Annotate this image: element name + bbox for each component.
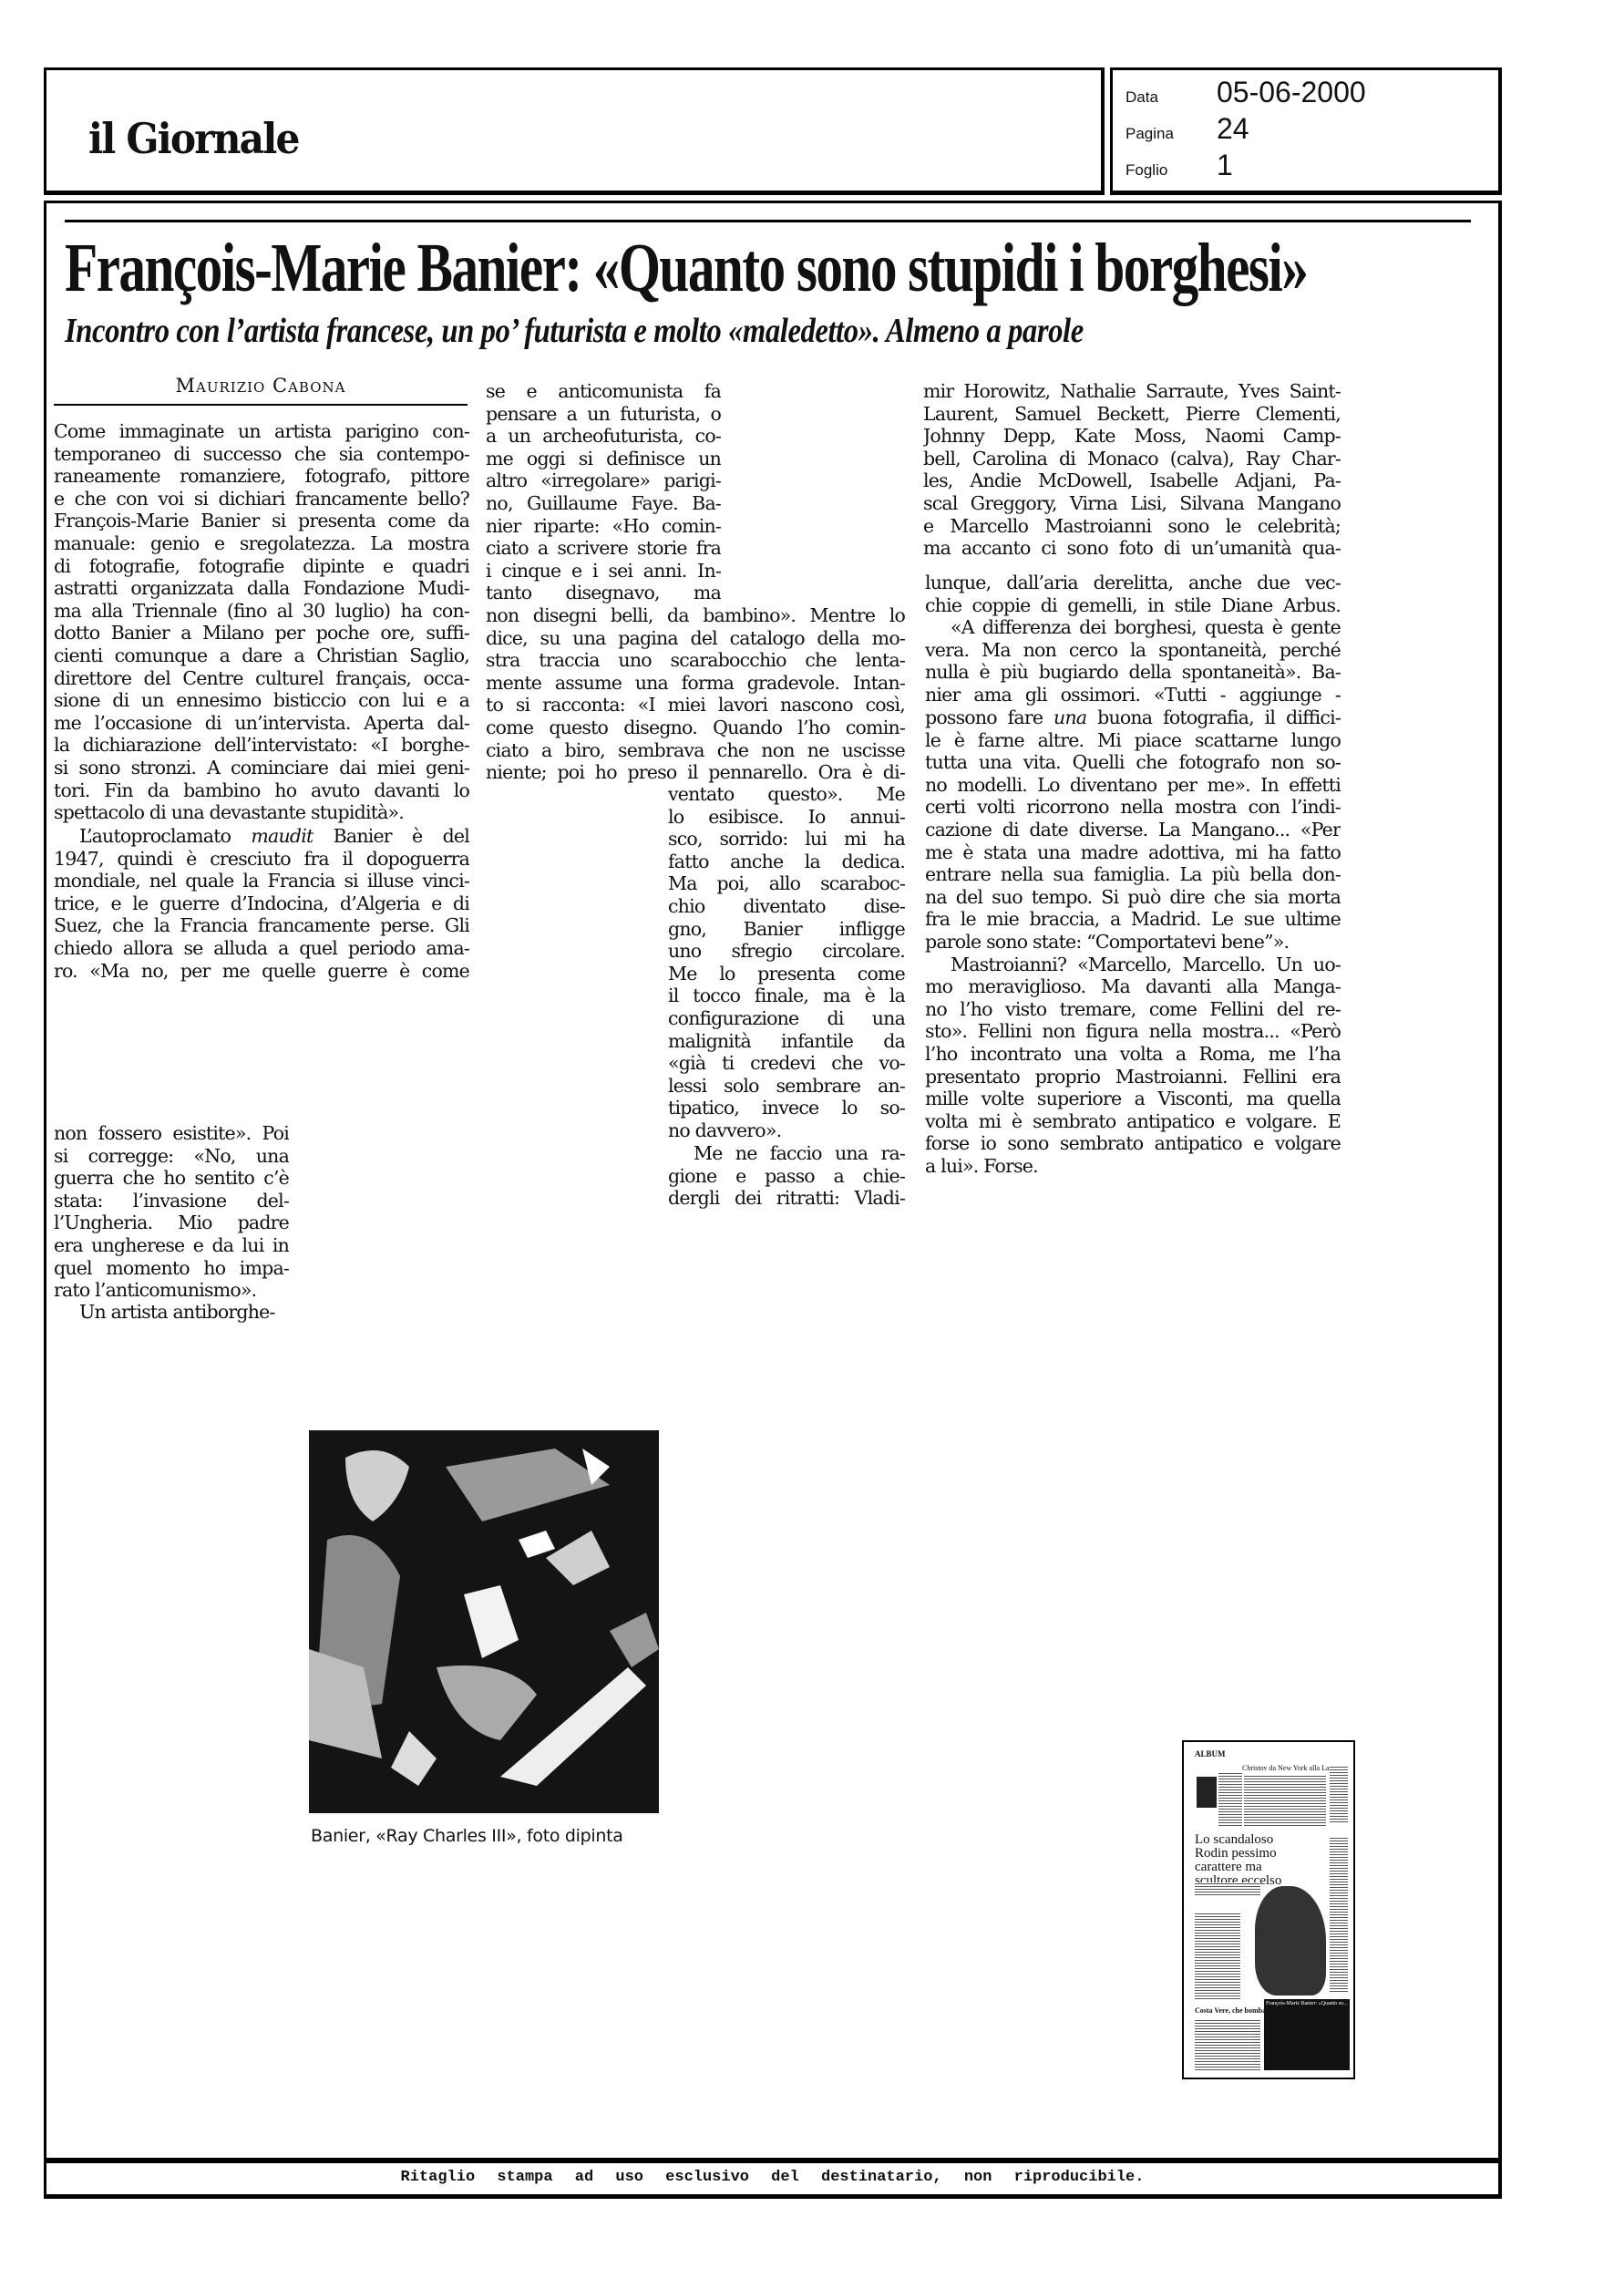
thumbnail-text-block [1195, 1882, 1260, 1895]
text-line: ventato questo». Me [668, 783, 905, 806]
text-line: vera. Ma non cerco la spontaneità, perch… [925, 639, 1341, 662]
text-line: ma alla Triennale (fino al 30 luglio) ha… [54, 600, 469, 623]
text-line: a un archeofuturista, co- [486, 425, 721, 448]
thumbnail-headline-top: Christov da New York alla Laguna [1242, 1764, 1343, 1772]
text-line: si corregge: «No, una [54, 1145, 289, 1168]
text-line: lo esibisce. Io annui- [668, 806, 905, 829]
column-3-top: mir Horowitz, Nathalie Sarraute, Yves Sa… [923, 380, 1341, 560]
text-line: tutta una vita. Quelli che fotografo non… [925, 751, 1341, 774]
text-line: chie coppie di gemelli, in stile Diane A… [925, 594, 1341, 617]
headline: François-Marie Banier: «Quanto sono stup… [65, 227, 1174, 309]
text-line: lessi solo sembrare an- [668, 1075, 905, 1098]
text-line: non fossero esistite». Poi [54, 1122, 289, 1145]
page-thumbnail: ALBUM Christov da New York alla Laguna L… [1182, 1740, 1355, 2079]
byline-box: Maurizio Cabona [54, 375, 468, 406]
text-line: Johnny Depp, Kate Moss, Naomi Camp- [923, 425, 1341, 448]
text-line: come questo disegno. Quando l’ho comin- [486, 717, 905, 739]
text-line: e che con voi si dichiari francamente be… [54, 488, 469, 510]
text-line: niente; poi ho preso il pennarello. Ora … [486, 761, 905, 784]
text-line: il tocco finale, ma è la [668, 985, 905, 1007]
text-line: guerra che ho sentito c’è [54, 1167, 289, 1190]
text-line: quel momento ho impa- [54, 1257, 289, 1280]
text-line: uno sfregio circolare. [668, 940, 905, 963]
text-line: gno, Banier infligge [668, 918, 905, 941]
text-line: dergli dei ritratti: Vladi- [668, 1187, 905, 1210]
text-line: mente assume una forma gradevole. Intan- [486, 672, 905, 695]
text-line: chio diventato dise- [668, 895, 905, 918]
text-line: no davvero». [668, 1119, 905, 1142]
text-line: mondiale, nel quale la Francia si illuse… [54, 870, 469, 892]
thumbnail-text-block [1330, 1837, 1348, 1992]
text-line: François-Marie Banier si presenta come d… [54, 510, 469, 532]
text-line: l’ho incontrato una volta a Roma, me l’h… [925, 1043, 1341, 1066]
column-1-para2: L’autoproclamato maudit Banier è del 194… [54, 825, 469, 982]
column-2-narrow: se e anticomunista fapensare a un futuri… [486, 380, 721, 604]
text-line: temporaneo di successo che sia contempo- [54, 443, 469, 466]
thumbnail-text-block [1218, 1771, 1242, 1826]
text-line: certi volti ricorrono nella mostra con l… [925, 796, 1341, 819]
footer: Ritaglio stampa ad uso esclusivo del des… [44, 2160, 1502, 2199]
text-line: si sono stronzi. A cominciare dai miei g… [54, 757, 469, 779]
thumbnail-article-strip: François-Marie Banier: «Quanto so... [1264, 1999, 1350, 2070]
text-line: ciato a biro, sembrava che non ne usciss… [486, 739, 905, 762]
text-line: di fotografie, fotografie dipinte e quad… [54, 555, 469, 578]
masthead: il Giornale [88, 114, 299, 163]
text-line: to si racconta: «I miei lavori nascono c… [486, 694, 905, 717]
text-line: dotto Banier a Milano per poche ore, suf… [54, 622, 469, 645]
top-rule [65, 220, 1471, 222]
thumbnail-headline-main: Lo scandaloso Rodin pessimo carattere ma… [1195, 1833, 1297, 1888]
text-line: la dichiarazione dell’intervistato: «I b… [54, 734, 469, 757]
footer-notice: Ritaglio stampa ad uso esclusivo del des… [401, 2169, 1145, 2186]
text-line: gione e passo a chie- [668, 1165, 905, 1188]
text-line: dice, su una pagina del catalogo della m… [486, 627, 905, 650]
text-line: no l’ho visto tremare, come Fellini del … [925, 998, 1341, 1021]
meta-box: Data 05-06-2000 Pagina 24 Foglio 1 [1110, 67, 1502, 195]
column-3-italic-line: possono fare una buona fotografia, il di… [925, 706, 1341, 1177]
photo-image [309, 1430, 659, 1813]
thumbnail-headline-bottom: Costa Vere, che bomba [1195, 2006, 1266, 2015]
text-line: era ungherese e da lui in [54, 1234, 289, 1257]
text-line: manuale: genio e sregolatezza. La mostra [54, 532, 469, 555]
text-line: L’autoproclamato maudit Banier è del [54, 825, 469, 848]
sheet-value: 1 [1217, 149, 1233, 182]
text-line: me oggi si definisce un [486, 448, 721, 470]
text-line: presentato proprio Mastroianni. Fellini … [925, 1066, 1341, 1088]
column-2-para: Me ne faccio una ra-gione e passo a chie… [668, 1142, 905, 1210]
text-line: me è stata una madre adottiva, mi ha fat… [925, 841, 1341, 864]
page-value: 24 [1217, 112, 1249, 146]
text-line: Mastroianni? «Marcello, Marcello. Un uo- [925, 954, 1341, 976]
text-line: Laurent, Samuel Beckett, Pierre Clementi… [923, 403, 1341, 426]
text-line: sione di un ennesimo bisticcio con lui e… [54, 689, 469, 712]
text-line: fatto anche la dedica. [668, 851, 905, 873]
text-line: direttore del Centre culturel français, … [54, 667, 469, 690]
column-1: Come immaginate un artista parigino con-… [54, 420, 469, 824]
thumbnail-text-block [1195, 1912, 1240, 1999]
column-2-wide: non disegni belli, da bambino». Mentre l… [486, 604, 905, 784]
text-line: stata: l’invasione del- [54, 1190, 289, 1212]
text-line: entrare nella sua famiglia. La più bella… [925, 863, 1341, 886]
text-line: spettacolo di una devastante stupidità». [54, 801, 469, 824]
thumbnail-text-block [1195, 2019, 1260, 2070]
text-line: Me lo presenta come [668, 963, 905, 985]
text-line: Ma poi, allo scaraboc- [668, 872, 905, 895]
text-line: les, Andie McDowell, Isabelle Adjani, Pa… [923, 469, 1341, 492]
page-label: Pagina [1125, 125, 1217, 143]
text-line: tanto disegnavo, ma [486, 582, 721, 604]
text-line: tipatico, invece lo so- [668, 1097, 905, 1119]
thumbnail-text-block [1330, 1766, 1348, 1822]
article-frame: François-Marie Banier: «Quanto sono stup… [44, 201, 1502, 2160]
text-line: nulla è più bugiardo della spontaneità».… [925, 661, 1341, 684]
date-value: 05-06-2000 [1217, 76, 1366, 109]
text-line: mille volte superiore a Visconti, ma que… [925, 1088, 1341, 1110]
text-line: non disegni belli, da bambino». Mentre l… [486, 604, 905, 627]
text-line: nier ama gli ossimori. «Tutti - aggiunge… [925, 684, 1341, 706]
sheet-label: Foglio [1125, 161, 1217, 180]
text-line: altro «irregolare» parigi- [486, 469, 721, 492]
text-line: Come immaginate un artista parigino con- [54, 420, 469, 443]
subhead: Incontro con l’artista francese, un po’ … [65, 311, 1084, 351]
byline: Maurizio Cabona [176, 375, 346, 397]
text-line: astratti organizzata dalla Fondazione Mu… [54, 577, 469, 600]
text-line: trice, e le guerre d’Indocina, d’Algeria… [54, 892, 469, 915]
text-line: volta mi è sembrato antipatico e volgare… [925, 1110, 1341, 1133]
text-line: pensare a un futurista, o [486, 403, 721, 426]
text-line: me l’occasione di un’intervista. Aperta … [54, 712, 469, 735]
text-line: scal Greggory, Virna Lisi, Silvana Manga… [923, 492, 1341, 515]
artwork-photo [309, 1430, 659, 1813]
thumbnail-text-block [1244, 1775, 1326, 1826]
text-line: i cinque e i sei anni. In- [486, 560, 721, 583]
text-line: mir Horowitz, Nathalie Sarraute, Yves Sa… [923, 380, 1341, 403]
text-line: ma accanto ci sono foto di un’umanità qu… [923, 537, 1341, 560]
text-line: forse io sono sembrato antipatico e volg… [925, 1132, 1341, 1155]
text-line: malignità infantile da [668, 1030, 905, 1053]
text-line: l’Ungheria. Mio padre [54, 1212, 289, 1234]
text-line: mo meraviglioso. Ma davanti alla Manga- [925, 975, 1341, 998]
thumbnail-photo-small [1197, 1777, 1217, 1808]
text-line: se e anticomunista fa [486, 380, 721, 403]
thumbnail-section: ALBUM [1195, 1749, 1226, 1758]
meta-page: Pagina 24 [1125, 112, 1249, 146]
text-line: sto». Fellini non figura nella mostra...… [925, 1020, 1341, 1043]
text-line: Me ne faccio una ra- [668, 1142, 905, 1165]
text-line: «già ti credevi che vo- [668, 1052, 905, 1075]
thumbnail-sculpture-photo [1255, 1886, 1326, 1995]
text-line: le è farne altre. Mi piace scattarne lun… [925, 729, 1341, 752]
column-1-last: Un artista antiborghe- [54, 1301, 289, 1324]
column-1-narrow: non fossero esistite». Poisi corregge: «… [54, 1122, 289, 1302]
text-line: possono fare una buona fotografia, il di… [925, 706, 1341, 729]
column-3-a: lunque, dall’aria derelitta, anche due v… [925, 572, 1341, 706]
text-line: tori. Fin da bambino ho avuto davanti lo [54, 779, 469, 802]
meta-sheet: Foglio 1 [1125, 149, 1233, 182]
text-line: no modelli. Lo diventano per me». In eff… [925, 774, 1341, 797]
text-line: no, Guillaume Faye. Ba- [486, 492, 721, 515]
text-line: parole sono state: “Comportatevi bene”». [925, 931, 1341, 954]
text-line: bell, Carolina di Monaco (calva), Ray Ch… [923, 448, 1341, 470]
text-line: nier riparte: «Ho comin- [486, 515, 721, 538]
text-line: Un artista antiborghe- [54, 1301, 289, 1324]
text-line: configurazione di una [668, 1007, 905, 1030]
text-line: ro. «Ma no, per me quelle guerre è come [54, 960, 469, 983]
date-label: Data [1125, 88, 1217, 107]
photo-caption: Banier, «Ray Charles III», foto dipinta [311, 1826, 623, 1846]
text-line: «A differenza dei borghesi, questa è gen… [925, 616, 1341, 639]
text-line: rato l’anticomunismo». [54, 1279, 289, 1302]
text-line: a lui». Forse. [925, 1155, 1341, 1178]
masthead-box: il Giornale [44, 67, 1105, 195]
text-line: cienti comunque a dare a Christian Sagli… [54, 645, 469, 667]
text-line: cazione di date diverse. La Mangano... «… [925, 819, 1341, 841]
text-line: stra traccia uno scarabocchio che lenta- [486, 649, 905, 672]
column-2-right: ventato questo». Melo esibisce. Io annui… [668, 783, 905, 1142]
text-line: Suez, che la Francia francamente perse. … [54, 914, 469, 937]
text-line: sco, sorrido: lui mi ha [668, 828, 905, 851]
thumbnail-article-title: François-Marie Banier: «Quanto so... [1266, 2001, 1348, 2006]
text-line: 1947, quindi è cresciuto fra il dopoguer… [54, 848, 469, 871]
text-line: fra le mie braccia, a Madrid. Le sue ult… [925, 908, 1341, 931]
text-line: ciato a scrivere storie fra [486, 537, 721, 560]
text-line: e Marcello Mastroianni sono le celebrità… [923, 515, 1341, 538]
text-line: raneamente romanziere, fotografo, pittor… [54, 465, 469, 488]
meta-date: Data 05-06-2000 [1125, 76, 1366, 109]
text-line: chiedo allora se alluda a quel periodo a… [54, 937, 469, 960]
text-line: na del suo tempo. Si può dire che sia mo… [925, 886, 1341, 909]
text-line: lunque, dall’aria derelitta, anche due v… [925, 572, 1341, 594]
